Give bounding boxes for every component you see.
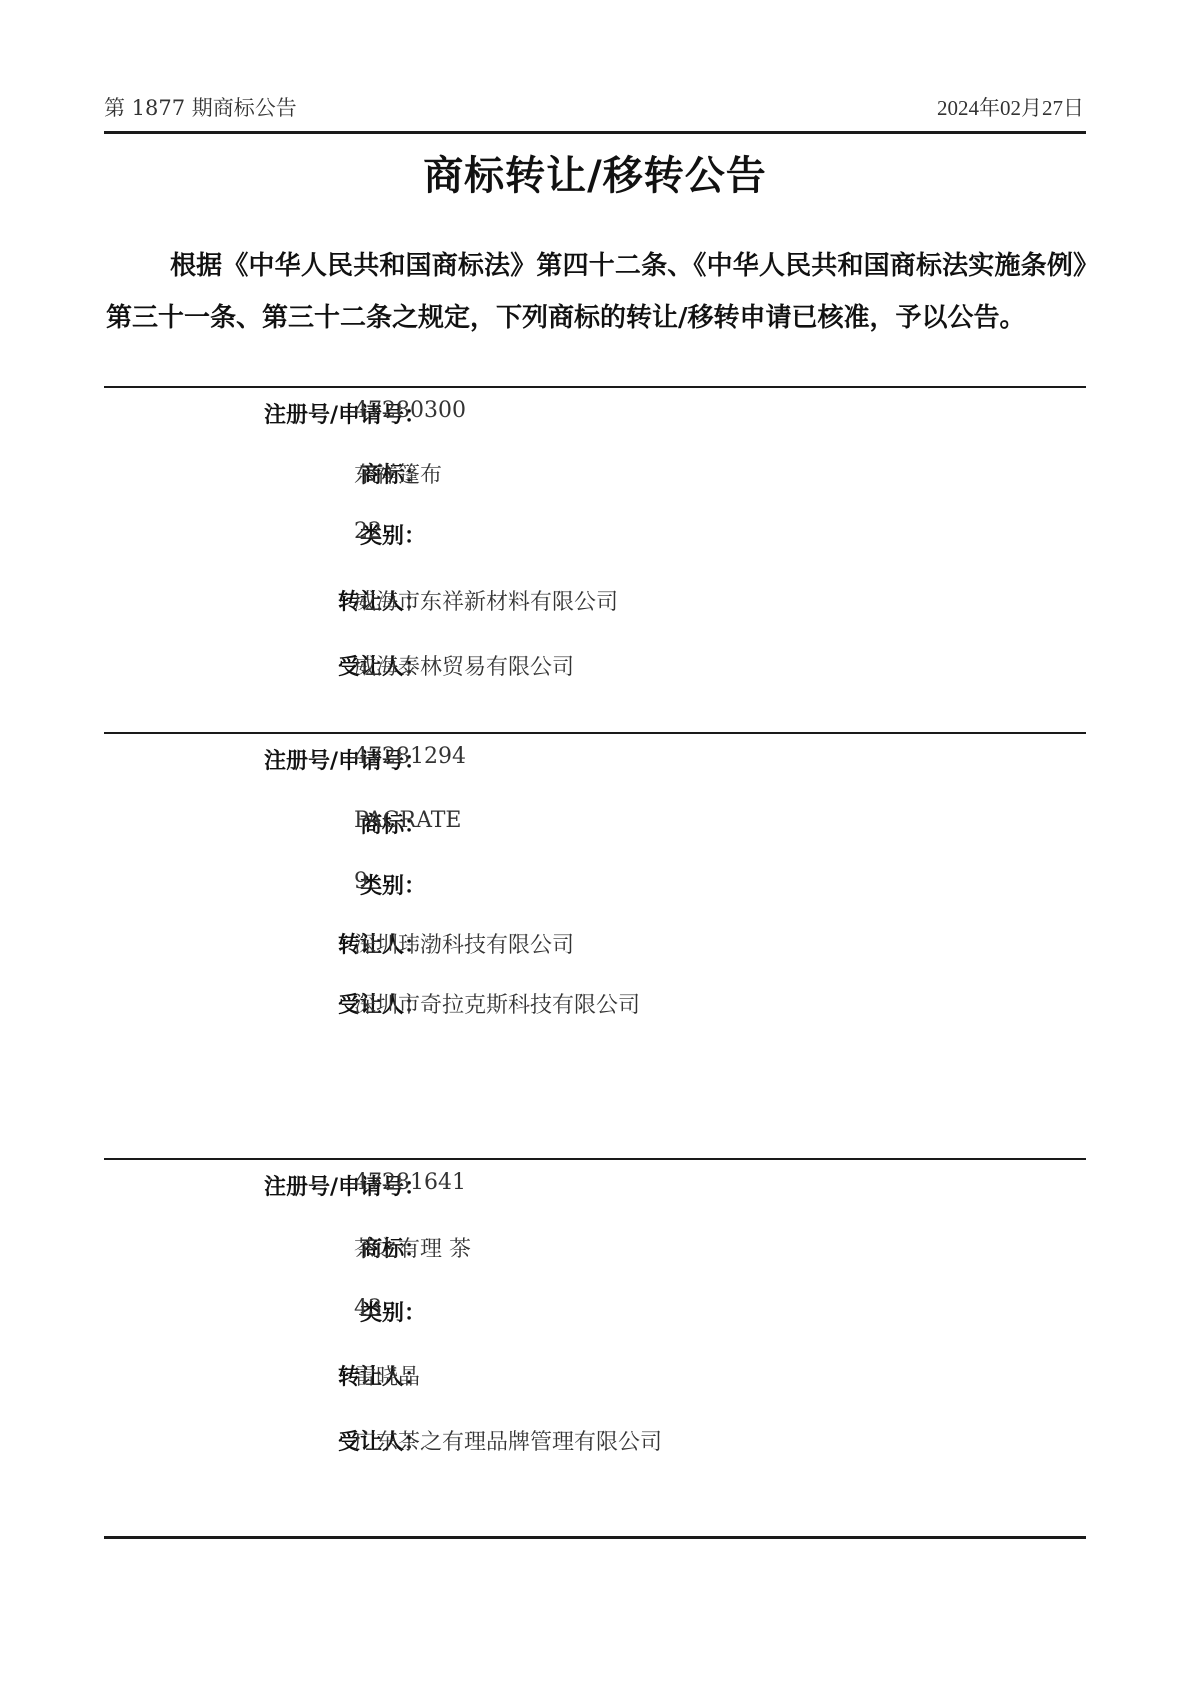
- field-class: 类别： 22: [104, 519, 1086, 559]
- end-divider: [104, 1536, 1086, 1539]
- value-mark: 茶之有理 茶: [354, 1232, 471, 1263]
- field-mark: 商标： 东祥篷布: [104, 458, 1086, 498]
- issue-date: 2024年02月27日: [937, 92, 1084, 122]
- field-assignee: 受让人： 深圳市奇拉克斯科技有限公司: [104, 988, 1086, 1028]
- page-header: 第 1877 期商标公告 2024年02月27日: [104, 92, 1084, 124]
- value-assignee: 广东茶之有理品牌管理有限公司: [354, 1425, 662, 1456]
- value-assignor: 雷晓晶: [354, 1360, 420, 1391]
- issue-number: 第 1877 期商标公告: [104, 92, 297, 122]
- record-divider: [104, 386, 1086, 388]
- field-reg-no: 注册号/申请号： 47280300: [104, 398, 1086, 438]
- value-assignor: 威海市东祥新材料有限公司: [354, 585, 618, 616]
- field-class: 类别： 43: [104, 1296, 1086, 1336]
- field-assignor: 转让人： 雷晓晶: [104, 1360, 1086, 1400]
- value-assignee: 深圳市奇拉克斯科技有限公司: [354, 988, 640, 1019]
- field-assignee: 受让人： 威海泰林贸易有限公司: [104, 650, 1086, 690]
- value-reg-no: 47280300: [354, 398, 466, 423]
- value-reg-no: 47281294: [354, 744, 466, 769]
- field-mark: 商标： 茶之有理 茶: [104, 1232, 1086, 1272]
- value-mark: 东祥篷布: [354, 458, 442, 489]
- record-divider: [104, 732, 1086, 734]
- record-divider: [104, 1158, 1086, 1160]
- field-reg-no: 注册号/申请号： 47281294: [104, 744, 1086, 784]
- intro-paragraph: 根据《中华人民共和国商标法》第四十二条、《中华人民共和国商标法实施条例》第三十一…: [106, 240, 1086, 344]
- value-class: 43: [354, 1296, 382, 1321]
- field-assignor: 转让人： 威海市东祥新材料有限公司: [104, 585, 1086, 625]
- value-reg-no: 47281641: [354, 1170, 466, 1195]
- field-assignee: 受让人： 广东茶之有理品牌管理有限公司: [104, 1425, 1086, 1465]
- value-class: 22: [354, 519, 382, 544]
- label-class: 类别：: [360, 869, 426, 900]
- value-mark: PACRATE: [354, 808, 462, 833]
- header-divider: [104, 131, 1086, 134]
- field-mark: 商标： PACRATE: [104, 808, 1086, 848]
- value-class: 9: [354, 869, 368, 894]
- value-assignor: 深圳玮渤科技有限公司: [354, 928, 574, 959]
- field-class: 类别： 9: [104, 869, 1086, 909]
- value-assignee: 威海泰林贸易有限公司: [354, 650, 574, 681]
- field-assignor: 转让人： 深圳玮渤科技有限公司: [104, 928, 1086, 968]
- page-title: 商标转让/移转公告: [0, 144, 1190, 201]
- field-reg-no: 注册号/申请号： 47281641: [104, 1170, 1086, 1210]
